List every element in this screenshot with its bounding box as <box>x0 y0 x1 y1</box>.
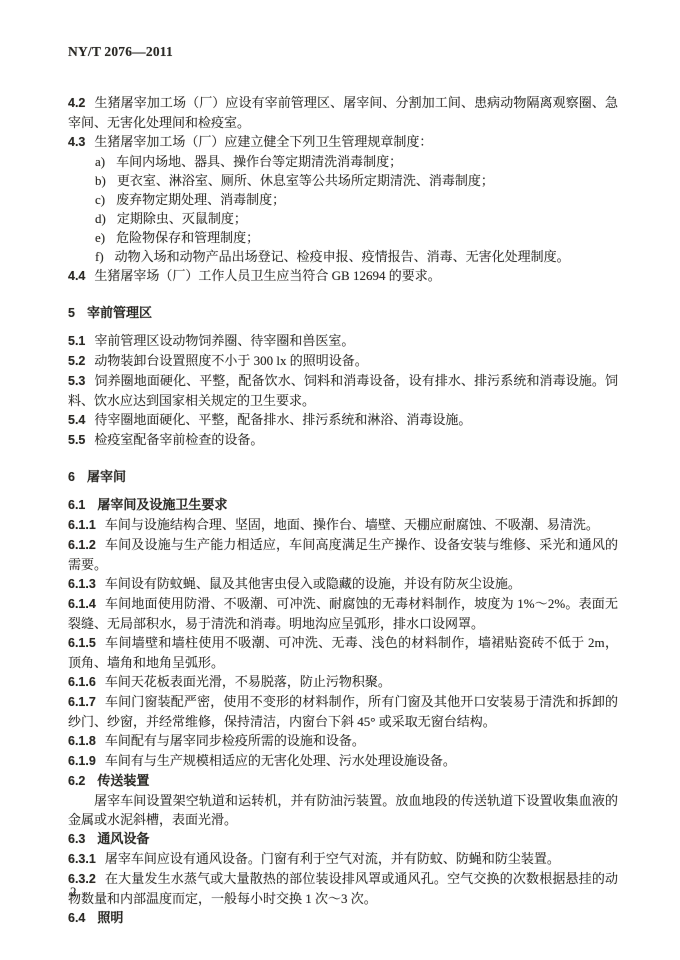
clause-number: 5.1 <box>68 334 85 348</box>
subsection-title: 传送装置 <box>97 773 149 788</box>
clause-number: 6.1.6 <box>68 675 96 689</box>
clause-text: 定期除虫、灭鼠制度； <box>117 211 247 226</box>
clause-number: 6.1.4 <box>68 597 96 611</box>
list-item: f)动物入场和动物产品出场登记、检疫申报、疫情报告、消毒、无害化处理制度。 <box>68 247 618 266</box>
document-page: NY/T 2076—2011 4.2生猪屠宰加工场（厂）应设有宰前管理区、屠宰间… <box>0 0 680 960</box>
clause: 6.1.7车间门窗装配严密，使用不变形的材料制作，所有门窗及其他开口安装易于清洗… <box>68 692 618 731</box>
clause-text: 屠宰车间设置架空轨道和运转机，并有防油污装置。放血地段的传送轨道下设置收集血液的… <box>68 793 618 827</box>
list-marker: d) <box>95 211 106 226</box>
clause: 5.4待宰圈地面硬化、平整，配备排水、排污系统和淋浴、消毒设施。 <box>68 410 618 430</box>
clause-number: 6.1 <box>68 498 85 512</box>
clause-text: 生猪屠宰加工场（厂）应建立健全下列卫生管理规章制度： <box>94 134 432 149</box>
paragraph: 屠宰车间设置架空轨道和运转机，并有防油污装置。放血地段的传送轨道下设置收集血液的… <box>68 791 618 829</box>
clause-text: 检疫室配备宰前检查的设备。 <box>94 432 263 447</box>
clause: 6.1.3车间设有防蚊蝇、鼠及其他害虫侵入或隐藏的设施，并设有防灰尘设施。 <box>68 574 618 594</box>
list-marker: a) <box>95 154 105 169</box>
subsection-heading: 6.4照明 <box>68 908 618 928</box>
section-title: 宰前管理区 <box>87 305 152 320</box>
standard-code-header: NY/T 2076—2011 <box>68 44 618 60</box>
clause: 4.4生猪屠宰场（厂）工作人员卫生应当符合 GB 12694 的要求。 <box>68 266 618 286</box>
clause-text: 危险物保存和管理制度； <box>116 230 259 245</box>
clause-text: 生猪屠宰场（厂）工作人员卫生应当符合 GB 12694 的要求。 <box>94 268 440 283</box>
list-marker: f) <box>95 249 104 264</box>
clause-number: 6.1.2 <box>68 538 96 552</box>
clause: 4.2生猪屠宰加工场（厂）应设有宰前管理区、屠宰间、分割加工间、患病动物隔离观察… <box>68 93 618 132</box>
clause-text: 车间有与生产规模相适应的无害化处理、污水处理设施设备。 <box>105 753 456 768</box>
clause: 6.3.2在大量发生水蒸气或大量散热的部位装设排风罩或通风孔。空气交换的次数根据… <box>68 869 618 908</box>
document-body: 4.2生猪屠宰加工场（厂）应设有宰前管理区、屠宰间、分割加工间、患病动物隔离观察… <box>68 93 618 928</box>
subsection-heading: 6.3通风设备 <box>68 829 618 849</box>
subsection-heading: 6.2传送装置 <box>68 771 618 791</box>
clause-text: 饲养圈地面硬化、平整，配备饮水、饲料和消毒设备，设有排水、排污系统和消毒设施。饲… <box>68 373 618 408</box>
clause-text: 车间配有与屠宰同步检疫所需的设施和设备。 <box>105 733 365 748</box>
clause-text: 废弃物定期处理、消毒制度； <box>116 192 285 207</box>
clause-number: 6.3.1 <box>68 852 96 866</box>
clause-number: 6.1.5 <box>68 636 96 650</box>
clause-number: 6.1.9 <box>68 754 96 768</box>
clause: 6.1.1车间与设施结构合理、坚固，地面、操作台、墙壁、天棚应耐腐蚀、不吸潮、易… <box>68 515 618 535</box>
clause: 6.3.1屠宰车间应设有通风设备。门窗有利于空气对流，并有防蚊、防蝇和防尘装置。 <box>68 849 618 869</box>
section-number: 5 <box>68 306 75 320</box>
clause-text: 动物装卸台设置照度不小于 300 lx 的照明设备。 <box>94 353 367 368</box>
clause-text: 车间内场地、器具、操作台等定期清洗消毒制度； <box>116 154 402 169</box>
list-item: b)更衣室、淋浴室、厕所、休息室等公共场所定期清洗、消毒制度； <box>68 171 618 190</box>
clause-number: 6.1.3 <box>68 577 96 591</box>
subsection-title: 屠宰间及设施卫生要求 <box>97 497 227 512</box>
section-number: 6 <box>68 470 75 484</box>
section-title: 屠宰间 <box>87 469 126 484</box>
clause: 6.1.8车间配有与屠宰同步检疫所需的设施和设备。 <box>68 731 618 751</box>
list-item: d)定期除虫、灭鼠制度； <box>68 209 618 228</box>
subsection-heading: 6.1屠宰间及设施卫生要求 <box>68 495 618 515</box>
list-marker: e) <box>95 230 105 245</box>
clause: 6.1.9车间有与生产规模相适应的无害化处理、污水处理设施设备。 <box>68 751 618 771</box>
clause-text: 待宰圈地面硬化、平整，配备排水、排污系统和淋浴、消毒设施。 <box>94 412 471 427</box>
clause: 5.5检疫室配备宰前检查的设备。 <box>68 430 618 450</box>
clause-text: 屠宰车间应设有通风设备。门窗有利于空气对流，并有防蚊、防蝇和防尘装置。 <box>105 851 560 866</box>
clause: 4.3生猪屠宰加工场（厂）应建立健全下列卫生管理规章制度： <box>68 132 618 152</box>
clause-number: 6.1.1 <box>68 518 96 532</box>
clause: 5.2动物装卸台设置照度不小于 300 lx 的照明设备。 <box>68 351 618 371</box>
section-heading: 6屠宰间 <box>68 467 618 487</box>
page-number: 2 <box>70 884 77 900</box>
clause-number: 6.3 <box>68 832 85 846</box>
clause-text: 车间设有防蚊蝇、鼠及其他害虫侵入或隐藏的设施，并设有防灰尘设施。 <box>105 576 521 591</box>
clause: 6.1.4车间地面使用防滑、不吸潮、可冲洗、耐腐蚀的无毒材料制作，坡度为 1%～… <box>68 594 618 633</box>
list-marker: c) <box>95 192 105 207</box>
clause-number: 6.1.8 <box>68 734 96 748</box>
subsection-title: 通风设备 <box>97 831 149 846</box>
clause-text: 生猪屠宰加工场（厂）应设有宰前管理区、屠宰间、分割加工间、患病动物隔离观察圈、急… <box>68 95 618 130</box>
clause-number: 4.3 <box>68 135 85 149</box>
list-item: e)危险物保存和管理制度； <box>68 228 618 247</box>
clause-number: 4.4 <box>68 269 85 283</box>
section-heading: 5宰前管理区 <box>68 303 618 323</box>
clause-text: 动物入场和动物产品出场登记、检疫申报、疫情报告、消毒、无害化处理制度。 <box>115 249 570 264</box>
clause-number: 6.4 <box>68 911 85 925</box>
clause-text: 车间地面使用防滑、不吸潮、可冲洗、耐腐蚀的无毒材料制作，坡度为 1%～2%。表面… <box>68 596 618 631</box>
clause-number: 5.3 <box>68 374 85 388</box>
clause: 5.3饲养圈地面硬化、平整，配备饮水、饲料和消毒设备，设有排水、排污系统和消毒设… <box>68 371 618 410</box>
clause-text: 车间及设施与生产能力相适应，车间高度满足生产操作、设备安装与维修、采光和通风的需… <box>68 537 618 572</box>
clause-text: 更衣室、淋浴室、厕所、休息室等公共场所定期清洗、消毒制度； <box>117 173 494 188</box>
clause-text: 车间门窗装配严密，使用不变形的材料制作，所有门窗及其他开口安装易于清洗和拆卸的纱… <box>68 694 618 729</box>
clause-text: 车间墙壁和墙柱使用不吸潮、可冲洗、无毒、浅色的材料制作，墙裙贴瓷砖不低于 2m，… <box>68 635 618 670</box>
clause-number: 6.2 <box>68 774 85 788</box>
clause-text: 车间与设施结构合理、坚固，地面、操作台、墙壁、天棚应耐腐蚀、不吸潮、易清洗。 <box>105 517 599 532</box>
list-item: c)废弃物定期处理、消毒制度； <box>68 190 618 209</box>
clause-text: 车间天花板表面光滑，不易脱落，防止污物积聚。 <box>105 674 391 689</box>
list-marker: b) <box>95 173 106 188</box>
clause-number: 5.2 <box>68 354 85 368</box>
clause-number: 4.2 <box>68 96 85 110</box>
clause-number: 6.1.7 <box>68 695 96 709</box>
clause-number: 5.4 <box>68 413 85 427</box>
list-item: a)车间内场地、器具、操作台等定期清洗消毒制度； <box>68 152 618 171</box>
subsection-title: 照明 <box>97 910 123 925</box>
clause: 6.1.6车间天花板表面光滑，不易脱落，防止污物积聚。 <box>68 672 618 692</box>
clause: 5.1宰前管理区设动物饲养圈、待宰圈和兽医室。 <box>68 331 618 351</box>
clause-number: 5.5 <box>68 433 85 447</box>
clause-text: 宰前管理区设动物饲养圈、待宰圈和兽医室。 <box>94 333 354 348</box>
clause-text: 在大量发生水蒸气或大量散热的部位装设排风罩或通风孔。空气交换的次数根据悬挂的动物… <box>68 871 618 906</box>
clause: 6.1.5车间墙壁和墙柱使用不吸潮、可冲洗、无毒、浅色的材料制作，墙裙贴瓷砖不低… <box>68 633 618 672</box>
clause: 6.1.2车间及设施与生产能力相适应，车间高度满足生产操作、设备安装与维修、采光… <box>68 535 618 574</box>
